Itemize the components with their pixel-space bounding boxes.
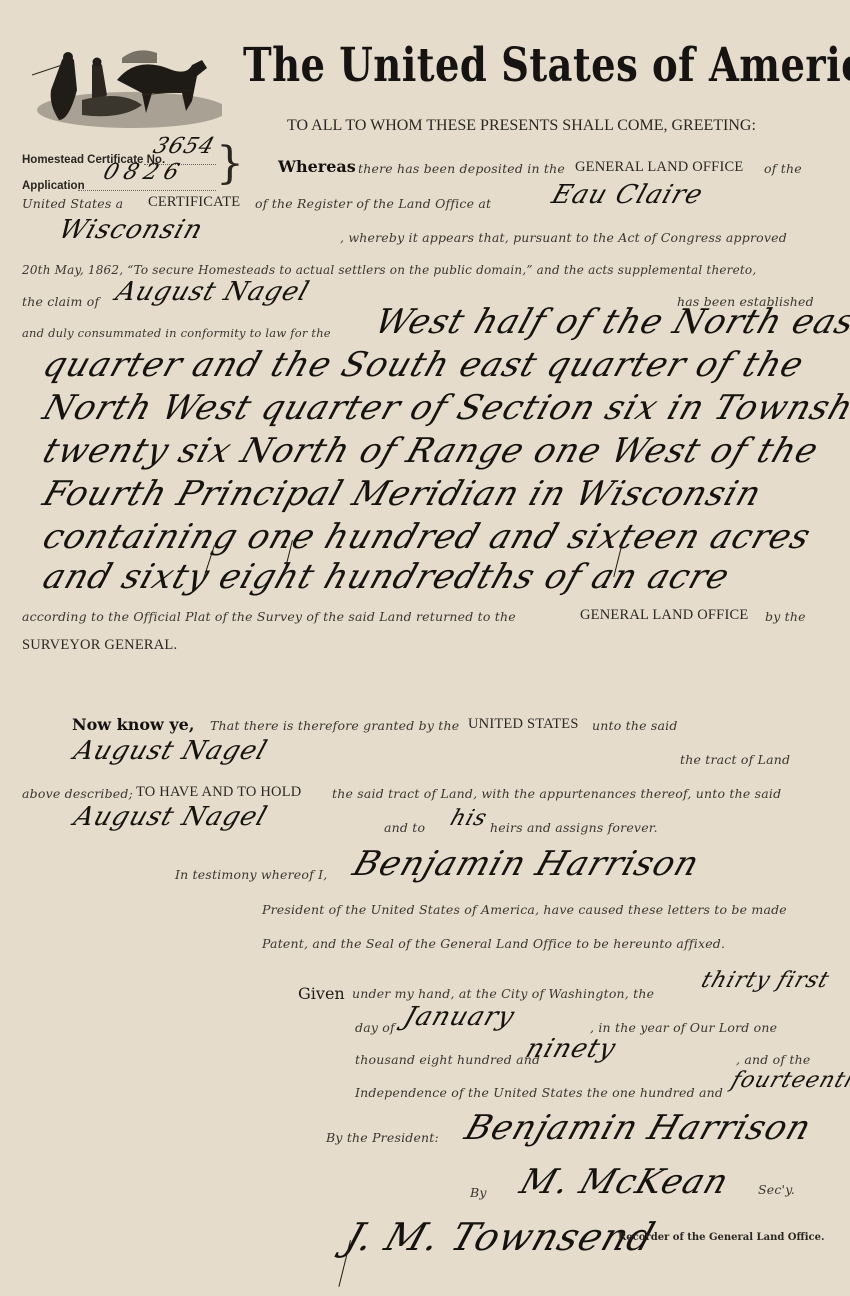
text-line: , and of the: [736, 1052, 810, 1067]
land-office-city: Eau Claire: [548, 180, 707, 210]
text-line: thousand eight hundred and: [355, 1052, 540, 1067]
text-line: the said tract of Land, with the appurte…: [332, 786, 781, 801]
farm-scene-engraving-icon: [22, 40, 222, 135]
month-value: January: [400, 1002, 519, 1032]
president-signature: Benjamin Harrison: [460, 1108, 817, 1148]
text-line: above described;: [22, 786, 133, 801]
greeting-line: TO ALL TO WHOM THESE PRESENTS SHALL COME…: [287, 117, 756, 135]
caps-text: SURVEYOR GENERAL.: [22, 637, 177, 654]
text-line: and duly consummated in conformity to la…: [22, 326, 331, 340]
text-line: the claim of: [22, 294, 99, 309]
day-value: thirty first: [698, 968, 833, 993]
text-line: heirs and assigns forever.: [490, 820, 658, 835]
text-line: according to the Official Plat of the Su…: [22, 609, 516, 624]
text-line: day of: [355, 1020, 395, 1035]
caps-text: CERTIFICATE: [148, 194, 240, 211]
secretary-signature: M. McKean: [515, 1162, 734, 1202]
by-president-label: By the President:: [326, 1130, 439, 1145]
whereas-lead: Whereas: [278, 157, 356, 176]
land-description-line: Fourth Principal Meridian in Wisconsin: [38, 474, 767, 514]
text-line: of the Register of the Land Office at: [255, 196, 491, 211]
text-line: the tract of Land: [680, 752, 790, 767]
pronoun: his: [447, 806, 491, 831]
text-line: unto the said: [592, 718, 678, 733]
text-line: That there is therefore granted by the: [210, 718, 459, 733]
caps-text: GENERAL LAND OFFICE: [580, 607, 748, 624]
grantee-name: August Nagel: [70, 736, 271, 766]
by-label: By: [470, 1185, 487, 1200]
document-title: The United States of America,: [243, 38, 850, 93]
land-description-line: twenty six North of Range one West of th…: [38, 431, 824, 471]
claimant-name: August Nagel: [112, 277, 313, 307]
now-know-ye-lead: Now know ye,: [72, 715, 194, 734]
caps-text: TO HAVE AND TO HOLD: [136, 784, 301, 801]
homestead-number: 3654: [150, 134, 218, 159]
independence-year-value: fourteenth: [728, 1068, 850, 1093]
text-line: there has been deposited in the: [358, 161, 565, 176]
caps-text: GENERAL LAND OFFICE: [575, 159, 743, 176]
caps-text: UNITED STATES: [468, 716, 579, 733]
year-value: ninety: [522, 1034, 620, 1064]
secretary-title: Sec'y.: [758, 1182, 795, 1197]
text-line: Independence of the United States the on…: [355, 1085, 723, 1100]
given-lead: Given: [298, 984, 345, 1003]
land-description-line: quarter and the South east quarter of th…: [38, 345, 809, 385]
text-line: , whereby it appears that, pursuant to t…: [340, 230, 787, 245]
text-line: and to: [384, 820, 425, 835]
application-number: 0826: [100, 160, 188, 185]
text-line: , in the year of Our Lord one: [590, 1020, 777, 1035]
land-description-line: and sixty eight hundredths of an acre: [38, 557, 735, 597]
president-name: Benjamin Harrison: [348, 844, 705, 884]
text-line: under my hand, at the City of Washington…: [352, 986, 654, 1001]
recorder-signature: J. M. Townsend: [340, 1215, 661, 1259]
text-line: United States a: [22, 196, 123, 211]
brace-icon: }: [216, 138, 244, 189]
application-label: Application: [22, 180, 85, 192]
grantee-name-2: August Nagel: [70, 802, 271, 832]
text-line: by the: [765, 609, 806, 624]
application-field: Application: [22, 176, 85, 194]
land-description-line: West half of the North east: [370, 302, 850, 342]
text-line: 20th May, 1862, “To secure Homesteads to…: [22, 263, 756, 277]
recorder-title: Recorder of the General Land Office.: [618, 1232, 824, 1243]
text-line: of the: [764, 161, 802, 176]
land-description-line: containing one hundred and sixteen acres: [38, 517, 816, 557]
text-line: President of the United States of Americ…: [262, 902, 787, 917]
land-description-line: North West quarter of Section six in Tow…: [38, 388, 850, 428]
text-line: Patent, and the Seal of the General Land…: [262, 936, 725, 951]
text-line: In testimony whereof I,: [175, 867, 327, 882]
state-name: Wisconsin: [55, 215, 207, 245]
